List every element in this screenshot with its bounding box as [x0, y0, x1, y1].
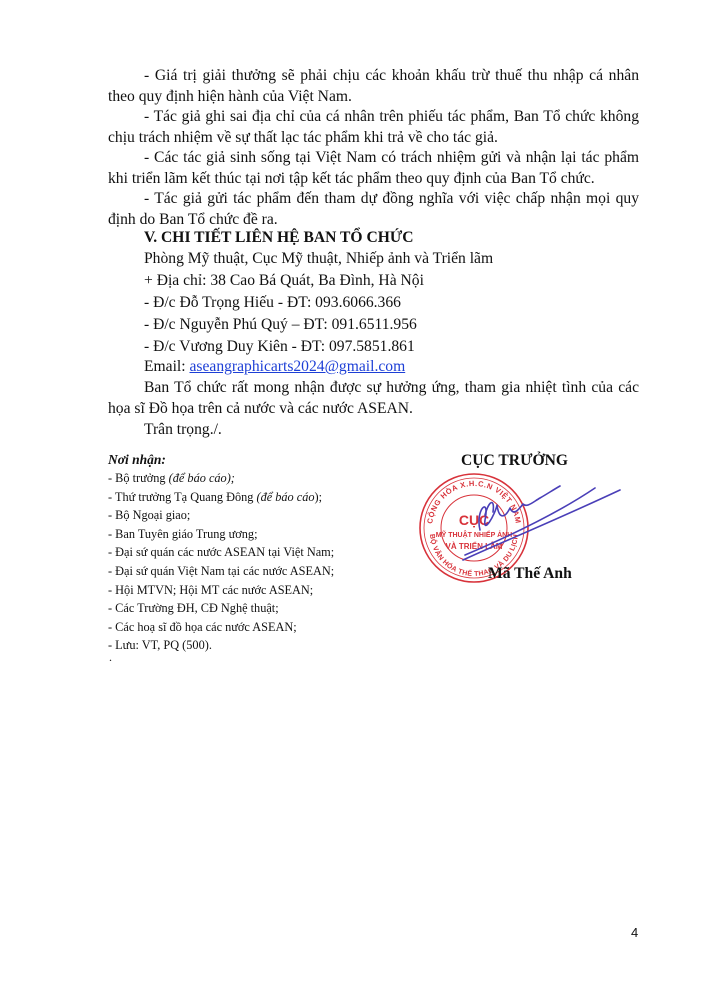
contact-person: - Đ/c Đỗ Trọng Hiếu - ĐT: 093.6066.366	[144, 294, 401, 312]
recipient-item: - Thứ trưởng Tạ Quang Đông (để báo cáo);	[108, 488, 334, 507]
recipient-item: - Bộ trưởng (để báo cáo);	[108, 469, 334, 488]
email-label: Email:	[144, 358, 189, 375]
contact-office: Phòng Mỹ thuật, Cục Mỹ thuật, Nhiếp ảnh …	[144, 250, 493, 268]
contact-email-line: Email: aseangraphicarts2024@gmail.com	[144, 358, 405, 376]
closing-regards: Trân trọng./.	[144, 421, 222, 439]
recipient-item: - Ban Tuyên giáo Trung ương;	[108, 525, 334, 544]
recipient-item: - Các hoạ sĩ đồ họa các nước ASEAN;	[108, 618, 334, 637]
closing-paragraph: Ban Tổ chức rất mong nhận được sự hưởng …	[108, 378, 639, 419]
recipient-item: - Lưu: VT, PQ (500).	[108, 636, 334, 655]
email-link[interactable]: aseangraphicarts2024@gmail.com	[189, 358, 405, 375]
paragraph-return-works: - Các tác giả sinh sống tại Việt Nam có …	[108, 148, 639, 189]
recipients-title: Nơi nhận:	[108, 450, 334, 469]
recipient-item: - Các Trường ĐH, CĐ Nghệ thuật;	[108, 599, 334, 618]
trailing-mark: .	[109, 650, 112, 665]
recipient-item: - Bộ Ngoại giao;	[108, 506, 334, 525]
recipient-item: - Đại sứ quán các nước ASEAN tại Việt Na…	[108, 543, 334, 562]
paragraph-acceptance: - Tác giả gửi tác phẩm đến tham dự đồng …	[108, 189, 639, 230]
contact-person: - Đ/c Nguyễn Phú Quý – ĐT: 091.6511.956	[144, 316, 417, 334]
document-page: - Giá trị giải thưởng sẽ phải chịu các k…	[0, 0, 706, 1000]
signature-icon	[455, 460, 625, 570]
signer-name: Mã Thế Anh	[488, 565, 572, 583]
section-heading-contact: V. CHI TIẾT LIÊN HỆ BAN TỔ CHỨC	[144, 229, 414, 247]
page-number: 4	[631, 925, 638, 940]
recipient-item: - Đại sứ quán Việt Nam tại các nước ASEA…	[108, 562, 334, 581]
paragraph-address-error: - Tác giả ghi sai địa chỉ của cá nhân tr…	[108, 107, 639, 148]
contact-person: - Đ/c Vương Duy Kiên - ĐT: 097.5851.861	[144, 338, 415, 356]
paragraph-tax: - Giá trị giải thưởng sẽ phải chịu các k…	[108, 66, 639, 107]
recipient-item: - Hội MTVN; Hội MT các nước ASEAN;	[108, 581, 334, 600]
contact-address: + Địa chỉ: 38 Cao Bá Quát, Ba Đình, Hà N…	[144, 272, 424, 290]
recipients-list: Nơi nhận: - Bộ trưởng (để báo cáo); - Th…	[108, 450, 334, 655]
